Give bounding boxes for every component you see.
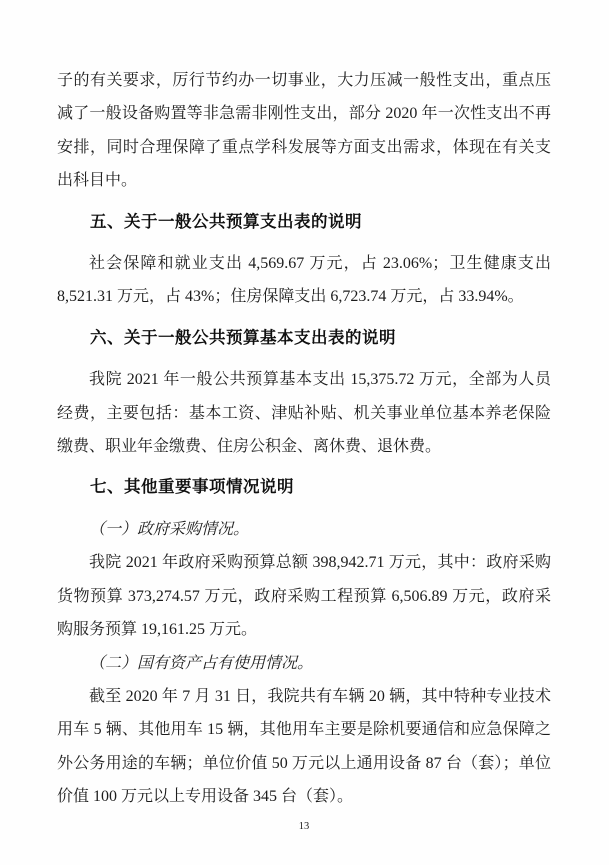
section-6-paragraph: 我院 2021 年一般公共预算基本支出 15,375.72 万元，全部为人员经费… [57,363,551,463]
section-7-heading: 七、其他重要事项情况说明 [57,471,551,504]
subsection-1-paragraph: 我院 2021 年政府采购预算总额 398,942.71 万元，其中：政府采购货… [57,546,551,646]
subsection-1-heading: （一）政府采购情况。 [57,513,551,546]
document-page: 子的有关要求，厉行节约办一切事业，大力压减一般性支出，重点压减了一般设备购置等非… [0,0,609,865]
section-5-heading: 五、关于一般公共预算支出表的说明 [57,206,551,239]
section-6-heading: 六、关于一般公共预算基本支出表的说明 [57,322,551,355]
subsection-2-paragraph: 截至 2020 年 7 月 31 日，我院共有车辆 20 辆，其中特种专业技术用… [57,680,551,814]
section-5-paragraph: 社会保障和就业支出 4,569.67 万元，占 23.06%；卫生健康支出 8,… [57,247,551,314]
page-number: 13 [57,821,551,832]
subsection-2-heading: （二）国有资产占有使用情况。 [57,647,551,680]
paragraph-continuation: 子的有关要求，厉行节约办一切事业，大力压减一般性支出，重点压减了一般设备购置等非… [57,64,551,198]
